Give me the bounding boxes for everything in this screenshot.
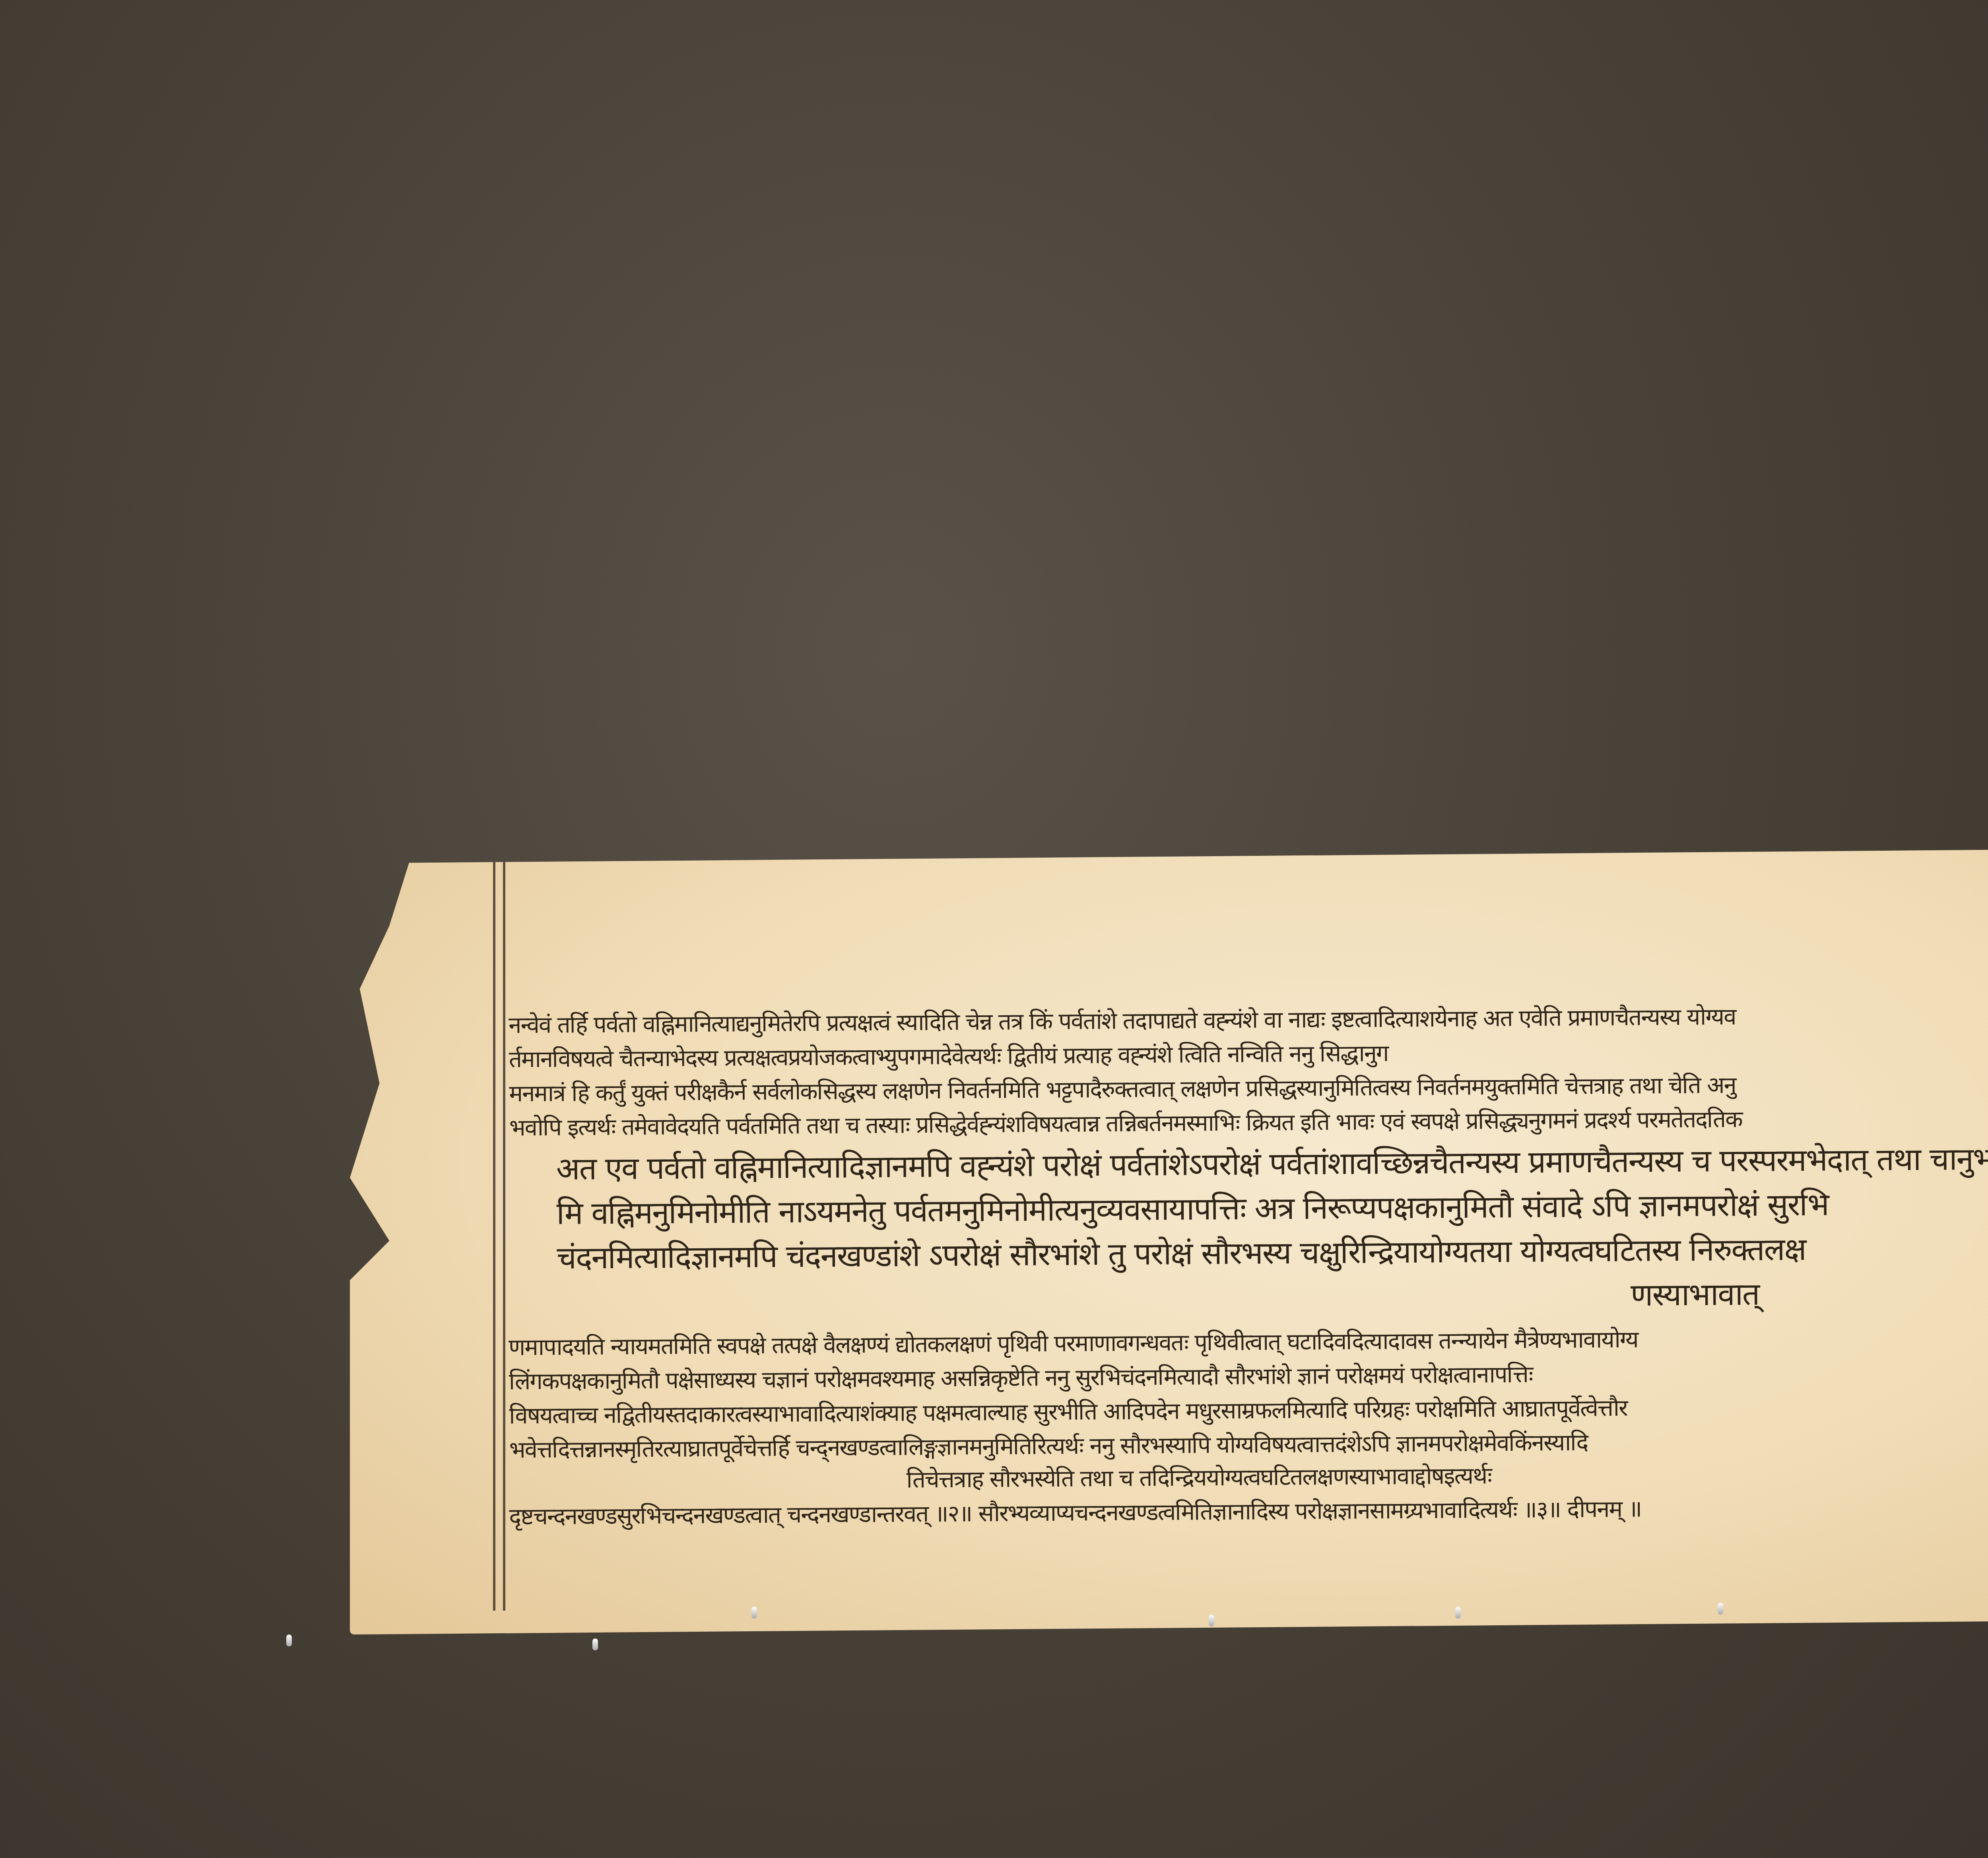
manuscript-leaf: नन्वेवं तर्हि पर्वतो वह्निमानित्याद्यनुम… [350, 847, 1988, 1634]
left-border-rule [503, 855, 505, 1611]
upper-commentary: नन्वेवं तर्हि पर्वतो वह्निमानित्याद्यनुम… [509, 997, 1988, 1145]
mounting-pin [592, 1638, 598, 1650]
lower-commentary: णमापादयति न्यायमतमिति स्वपक्षे तत्पक्षे … [509, 1319, 1988, 1467]
mounting-pin [1455, 1607, 1461, 1619]
footer-lines: तिचेत्तत्राह सौरभस्येति तथा च तदिन्द्रिय… [509, 1454, 1988, 1534]
main-text: अत एव पर्वतो वह्निमानित्यादिज्ञानमपि वह्… [556, 1136, 1988, 1325]
mounting-pin [1209, 1615, 1214, 1627]
mounting-pin [751, 1607, 757, 1619]
mounting-pin [286, 1634, 292, 1646]
left-border-rule [493, 855, 495, 1611]
mounting-pin [1718, 1603, 1723, 1615]
